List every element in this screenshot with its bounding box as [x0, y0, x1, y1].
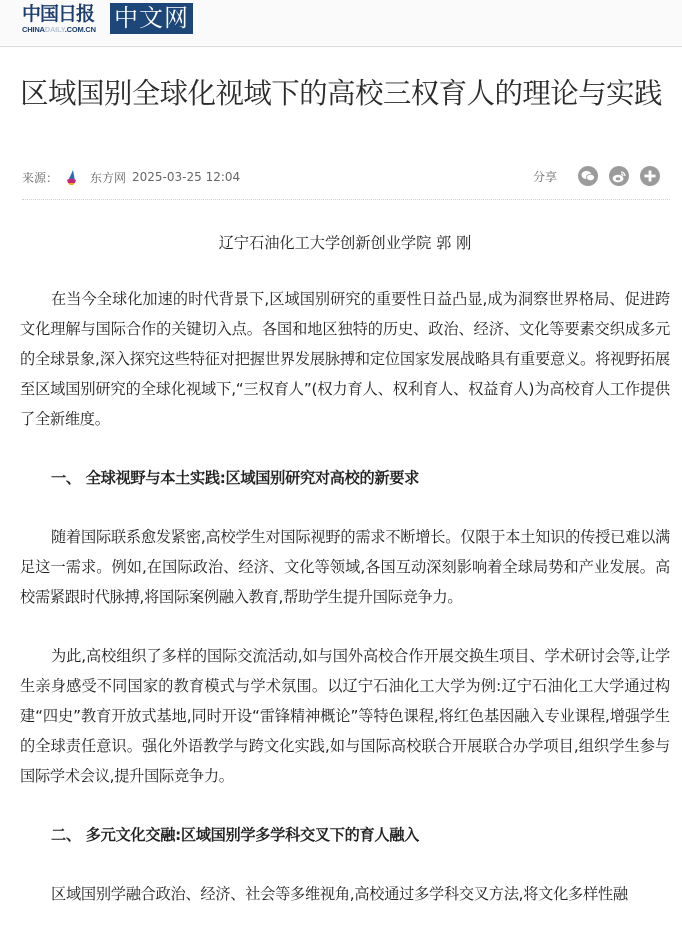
meta-divider [22, 199, 670, 200]
paragraph: 在当今全球化加速的时代背景下,区域国别研究的重要性日益凸显,成为洞察世界格局、促… [20, 284, 670, 434]
paragraph: 为此,高校组织了多样的国际交流活动,如与国外高校合作开展交换生项目、学术研讨会等… [20, 641, 670, 791]
logo-en-mid: DAILY [45, 25, 65, 34]
share-bar: 分享 [533, 166, 660, 186]
wechat-icon[interactable] [578, 166, 598, 186]
article-meta: 来源： 东方网 2025-03-25 12:04 分享 [22, 167, 672, 187]
eastday-logo-icon [64, 169, 78, 185]
section-heading: 二、 多元文化交融:区域国别学多学科交叉下的育人融入 [20, 820, 670, 850]
logo-wordmark: 中国日报 CHINADAILY.COM.CN [22, 3, 108, 37]
logo-site-badge: 中文网 [110, 3, 193, 34]
source-name[interactable]: 东方网 [90, 169, 126, 186]
site-header: 中国日报 CHINADAILY.COM.CN 中文网 [0, 0, 682, 47]
weibo-icon[interactable] [609, 166, 629, 186]
paragraph: 区域国别学融合政治、经济、社会等多维视角,高校通过多学科交叉方法,将文化多样性融 [20, 879, 670, 909]
article-body: 辽宁石油化工大学创新创业学院 郭 刚 在当今全球化加速的时代背景下,区域国别研究… [20, 228, 670, 916]
section-heading: 一、 全球视野与本土实践:区域国别研究对高校的新要求 [20, 463, 670, 493]
logo-cn-text: 中国日报 [22, 3, 108, 25]
chinadaily-logo[interactable]: 中国日报 CHINADAILY.COM.CN 中文网 [22, 3, 193, 37]
source-label: 来源： [22, 169, 58, 186]
article-title: 区域国别全球化视域下的高校三权育人的理论与实践 [0, 74, 682, 114]
logo-en-text: CHINADAILY.COM.CN [22, 25, 108, 34]
logo-en-right: .COM.CN [65, 25, 96, 34]
author-line: 辽宁石油化工大学创新创业学院 郭 刚 [20, 228, 670, 258]
plus-icon[interactable] [640, 166, 660, 186]
publish-datetime: 2025-03-25 12:04 [132, 170, 240, 184]
paragraph: 随着国际联系愈发紧密,高校学生对国际视野的需求不断增长。仅限于本土知识的传授已难… [20, 522, 670, 612]
logo-en-left: CHINA [22, 25, 45, 34]
share-label: 分享 [533, 168, 557, 185]
